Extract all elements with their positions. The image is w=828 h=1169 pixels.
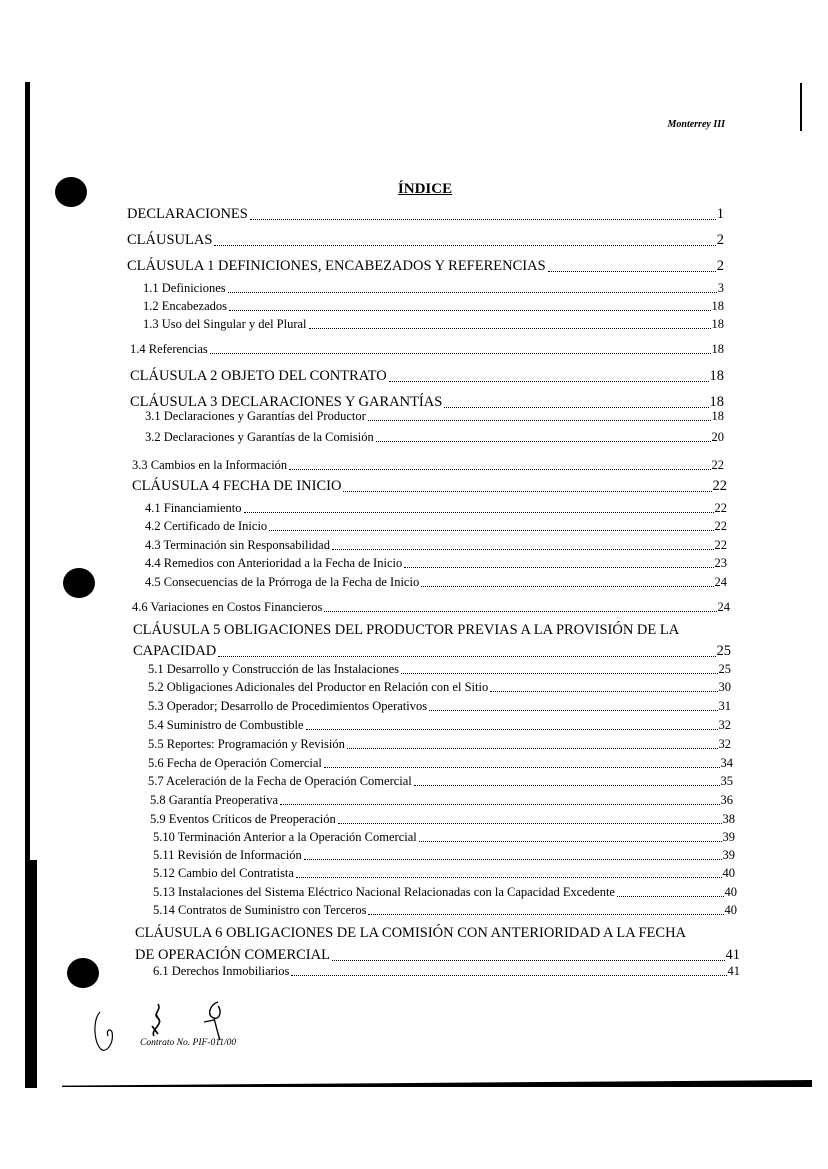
toc-heading-line: CLÁUSULA 6 OBLIGACIONES DE LA COMISIÓN C…: [135, 925, 686, 942]
toc-entry[interactable]: 5.5 Reportes: Programación y Revisión32: [148, 737, 731, 752]
dot-leader: [228, 292, 717, 293]
toc-entry[interactable]: 4.4 Remedios con Anterioridad a la Fecha…: [145, 556, 727, 571]
handwritten-initials: [88, 1000, 278, 1060]
toc-entry[interactable]: 5.7 Aceleración de la Fecha de Operación…: [148, 774, 733, 789]
dot-leader: [332, 549, 714, 550]
toc-entry[interactable]: 5.4 Suministro de Combustible32: [148, 718, 731, 733]
toc-entry-page: 18: [711, 299, 725, 314]
toc-entry-label: DECLARACIONES: [127, 206, 250, 223]
toc-entry-page: 2: [716, 258, 724, 275]
dot-leader: [244, 512, 714, 513]
toc-entry[interactable]: 5.8 Garantía Preoperativa36: [150, 793, 733, 808]
dot-leader: [490, 691, 717, 692]
dot-leader: [444, 407, 708, 408]
toc-entry-label: CAPACIDAD: [133, 643, 218, 660]
toc-entry-label: 5.10 Terminación Anterior a la Operación…: [153, 830, 419, 845]
toc-entry-label: 5.13 Instalaciones del Sistema Eléctrico…: [153, 885, 617, 900]
dot-leader: [218, 656, 715, 657]
toc-entry-label: 5.8 Garantía Preoperativa: [150, 793, 280, 808]
dot-leader: [214, 245, 715, 246]
dot-leader: [389, 381, 709, 382]
toc-entry-label: 5.9 Eventos Críticos de Preoperación: [150, 812, 338, 827]
toc-entry[interactable]: 1.2 Encabezados18: [143, 299, 724, 314]
dot-leader: [280, 804, 719, 805]
dot-leader: [229, 310, 711, 311]
toc-entry-page: 39: [722, 830, 736, 845]
dot-leader: [296, 877, 722, 878]
dot-leader: [548, 271, 716, 272]
toc-entry[interactable]: 1.3 Uso del Singular y del Plural18: [143, 317, 724, 332]
toc-entry-label: 5.5 Reportes: Programación y Revisión: [148, 737, 347, 752]
toc-entry[interactable]: 3.3 Cambios en la Información22: [132, 458, 724, 473]
toc-entry-label: 5.4 Suministro de Combustible: [148, 718, 306, 733]
toc-entry-page: 18: [711, 317, 725, 332]
toc-entry-page: 36: [720, 793, 734, 808]
toc-entry-page: 24: [714, 575, 728, 590]
toc-entry-label: CLÁUSULA 4 FECHA DE INICIO: [132, 478, 343, 495]
toc-entry-page: 40: [724, 903, 738, 918]
toc-entry-label: 4.4 Remedios con Anterioridad a la Fecha…: [145, 556, 404, 571]
toc-heading-line: CLÁUSULA 5 OBLIGACIONES DEL PRODUCTOR PR…: [133, 622, 679, 639]
toc-entry-label: 1.3 Uso del Singular y del Plural: [143, 317, 309, 332]
dot-leader: [210, 353, 711, 354]
toc-entry[interactable]: CLÁUSULA 4 FECHA DE INICIO22: [132, 478, 727, 495]
toc-entry-page: 24: [717, 600, 731, 615]
toc-entry-page: 40: [724, 885, 738, 900]
toc-entry-label: 4.5 Consecuencias de la Prórroga de la F…: [145, 575, 421, 590]
toc-entry-label: 5.6 Fecha de Operación Comercial: [148, 756, 324, 771]
toc-entry-page: 32: [718, 718, 732, 733]
toc-entry-label: 4.1 Financiamiento: [145, 501, 244, 516]
toc-entry-page: 22: [711, 458, 725, 473]
toc-entry-page: 39: [722, 848, 736, 863]
toc-entry-page: 20: [711, 430, 725, 445]
dot-leader: [324, 611, 716, 612]
toc-entry-page: 2: [716, 232, 724, 249]
dot-leader: [368, 914, 723, 915]
toc-entry-label: 5.14 Contratos de Suministro con Tercero…: [153, 903, 368, 918]
dot-leader: [332, 960, 725, 961]
toc-entry[interactable]: DECLARACIONES1: [127, 206, 724, 223]
toc-entry-page: 35: [720, 774, 734, 789]
toc-entry-label: 5.3 Operador; Desarrollo de Procedimient…: [148, 699, 429, 714]
toc-entry[interactable]: 5.9 Eventos Críticos de Preoperación38: [150, 812, 735, 827]
dot-leader: [414, 785, 720, 786]
toc-entry[interactable]: 4.6 Variaciones en Costos Financieros24: [132, 600, 730, 615]
toc-entry-label: CLÁUSULAS: [127, 232, 214, 249]
toc-entry-page: 25: [716, 643, 732, 660]
toc-entry-page: 41: [725, 947, 741, 964]
toc-entry-page: 18: [711, 409, 725, 424]
toc-entry-page: 30: [718, 680, 732, 695]
toc-entry[interactable]: 5.14 Contratos de Suministro con Tercero…: [153, 903, 737, 918]
toc-entry-page: 18: [709, 368, 725, 385]
dot-leader: [306, 729, 718, 730]
toc-entry-label: 5.7 Aceleración de la Fecha de Operación…: [148, 774, 414, 789]
dot-leader: [421, 586, 713, 587]
toc-entry[interactable]: 3.1 Declaraciones y Garantías del Produc…: [145, 409, 724, 424]
toc-entry[interactable]: 5.10 Terminación Anterior a la Operación…: [153, 830, 735, 845]
dot-leader: [304, 859, 722, 860]
toc-entry[interactable]: 4.1 Financiamiento22: [145, 501, 727, 516]
toc-entry[interactable]: DE OPERACIÓN COMERCIAL41: [135, 947, 740, 964]
dot-leader: [617, 896, 724, 897]
dot-leader: [289, 469, 710, 470]
toc-entry-label: 4.3 Terminación sin Responsabilidad: [145, 538, 332, 553]
toc-entry[interactable]: 4.5 Consecuencias de la Prórroga de la F…: [145, 575, 727, 590]
toc-entry-label: 3.2 Declaraciones y Garantías de la Comi…: [145, 430, 376, 445]
dot-leader: [376, 441, 711, 442]
toc-entry[interactable]: CLÁUSULAS2: [127, 232, 724, 249]
toc-entry[interactable]: 5.11 Revisión de Información39: [153, 848, 735, 863]
toc-entry[interactable]: CLÁUSULA 2 OBJETO DEL CONTRATO18: [130, 368, 724, 385]
toc-entry-label: 3.3 Cambios en la Información: [132, 458, 289, 473]
toc-entry-page: 23: [714, 556, 728, 571]
dot-leader: [404, 567, 713, 568]
toc-entry-label: 5.12 Cambio del Contratista: [153, 866, 296, 881]
toc-entry-page: 32: [718, 737, 732, 752]
toc-entry-label: 4.6 Variaciones en Costos Financieros: [132, 600, 324, 615]
toc-entry-page: 40: [722, 866, 736, 881]
toc-entry[interactable]: 3.2 Declaraciones y Garantías de la Comi…: [145, 430, 724, 445]
footer-contract-number: Contrato No. PIF-011/00: [140, 1038, 236, 1048]
toc-entry-page: 22: [714, 538, 728, 553]
dot-leader: [419, 841, 722, 842]
toc-entry-label: 5.1 Desarrollo y Construcción de las Ins…: [148, 662, 401, 677]
toc-entry-label: 3.1 Declaraciones y Garantías del Produc…: [145, 409, 368, 424]
dot-leader: [338, 823, 722, 824]
toc-entry-page: 41: [727, 964, 741, 979]
dot-leader: [343, 491, 711, 492]
dot-leader: [324, 767, 720, 768]
dot-leader: [250, 219, 716, 220]
toc-entry-page: 18: [711, 342, 725, 357]
toc-entry[interactable]: 1.1 Definiciones3: [143, 281, 724, 296]
toc-entry-label: CLÁUSULA 2 OBJETO DEL CONTRATO: [130, 368, 389, 385]
toc-entry-label: 6.1 Derechos Inmobiliarios: [153, 964, 291, 979]
toc-entry[interactable]: 5.6 Fecha de Operación Comercial34: [148, 756, 733, 771]
toc-entry[interactable]: 5.3 Operador; Desarrollo de Procedimient…: [148, 699, 731, 714]
toc-entry[interactable]: 1.4 Referencias18: [130, 342, 724, 357]
dot-leader: [269, 530, 713, 531]
toc-entry-label: DE OPERACIÓN COMERCIAL: [135, 947, 332, 964]
dot-leader: [347, 748, 718, 749]
toc-entry-page: 22: [714, 501, 728, 516]
toc-entry-label: 1.4 Referencias: [130, 342, 210, 357]
dot-leader: [401, 673, 718, 674]
toc-entry-page: 38: [722, 812, 736, 827]
toc-entry-page: 3: [717, 281, 724, 296]
toc-entry-label: CLÁUSULA 1 DEFINICIONES, ENCABEZADOS Y R…: [127, 258, 548, 275]
toc-entry-page: 34: [720, 756, 734, 771]
dot-leader: [309, 328, 711, 329]
dot-leader: [368, 420, 711, 421]
toc-entry[interactable]: 6.1 Derechos Inmobiliarios41: [153, 964, 740, 979]
table-of-contents: DECLARACIONES1CLÁUSULAS2CLÁUSULA 1 DEFIN…: [0, 0, 828, 1169]
toc-entry[interactable]: 5.1 Desarrollo y Construcción de las Ins…: [148, 662, 731, 677]
toc-entry[interactable]: 5.12 Cambio del Contratista40: [153, 866, 735, 881]
toc-entry-page: 1: [716, 206, 724, 223]
toc-entry[interactable]: CAPACIDAD25: [133, 643, 731, 660]
toc-entry-label: 4.2 Certificado de Inicio: [145, 519, 269, 534]
toc-entry-label: 5.11 Revisión de Información: [153, 848, 304, 863]
toc-entry-page: 22: [714, 519, 728, 534]
toc-entry-page: 31: [718, 699, 732, 714]
toc-entry[interactable]: 5.13 Instalaciones del Sistema Eléctrico…: [153, 885, 737, 900]
toc-entry[interactable]: 4.2 Certificado de Inicio22: [145, 519, 727, 534]
toc-entry-label: 1.2 Encabezados: [143, 299, 229, 314]
toc-entry-page: 22: [712, 478, 728, 495]
toc-entry[interactable]: CLÁUSULA 1 DEFINICIONES, ENCABEZADOS Y R…: [127, 258, 724, 275]
toc-entry[interactable]: 4.3 Terminación sin Responsabilidad22: [145, 538, 727, 553]
dot-leader: [429, 710, 717, 711]
toc-entry-label: 1.1 Definiciones: [143, 281, 228, 296]
dot-leader: [291, 975, 726, 976]
toc-entry-page: 25: [718, 662, 732, 677]
toc-entry[interactable]: 5.2 Obligaciones Adicionales del Product…: [148, 680, 731, 695]
toc-entry-label: 5.2 Obligaciones Adicionales del Product…: [148, 680, 490, 695]
